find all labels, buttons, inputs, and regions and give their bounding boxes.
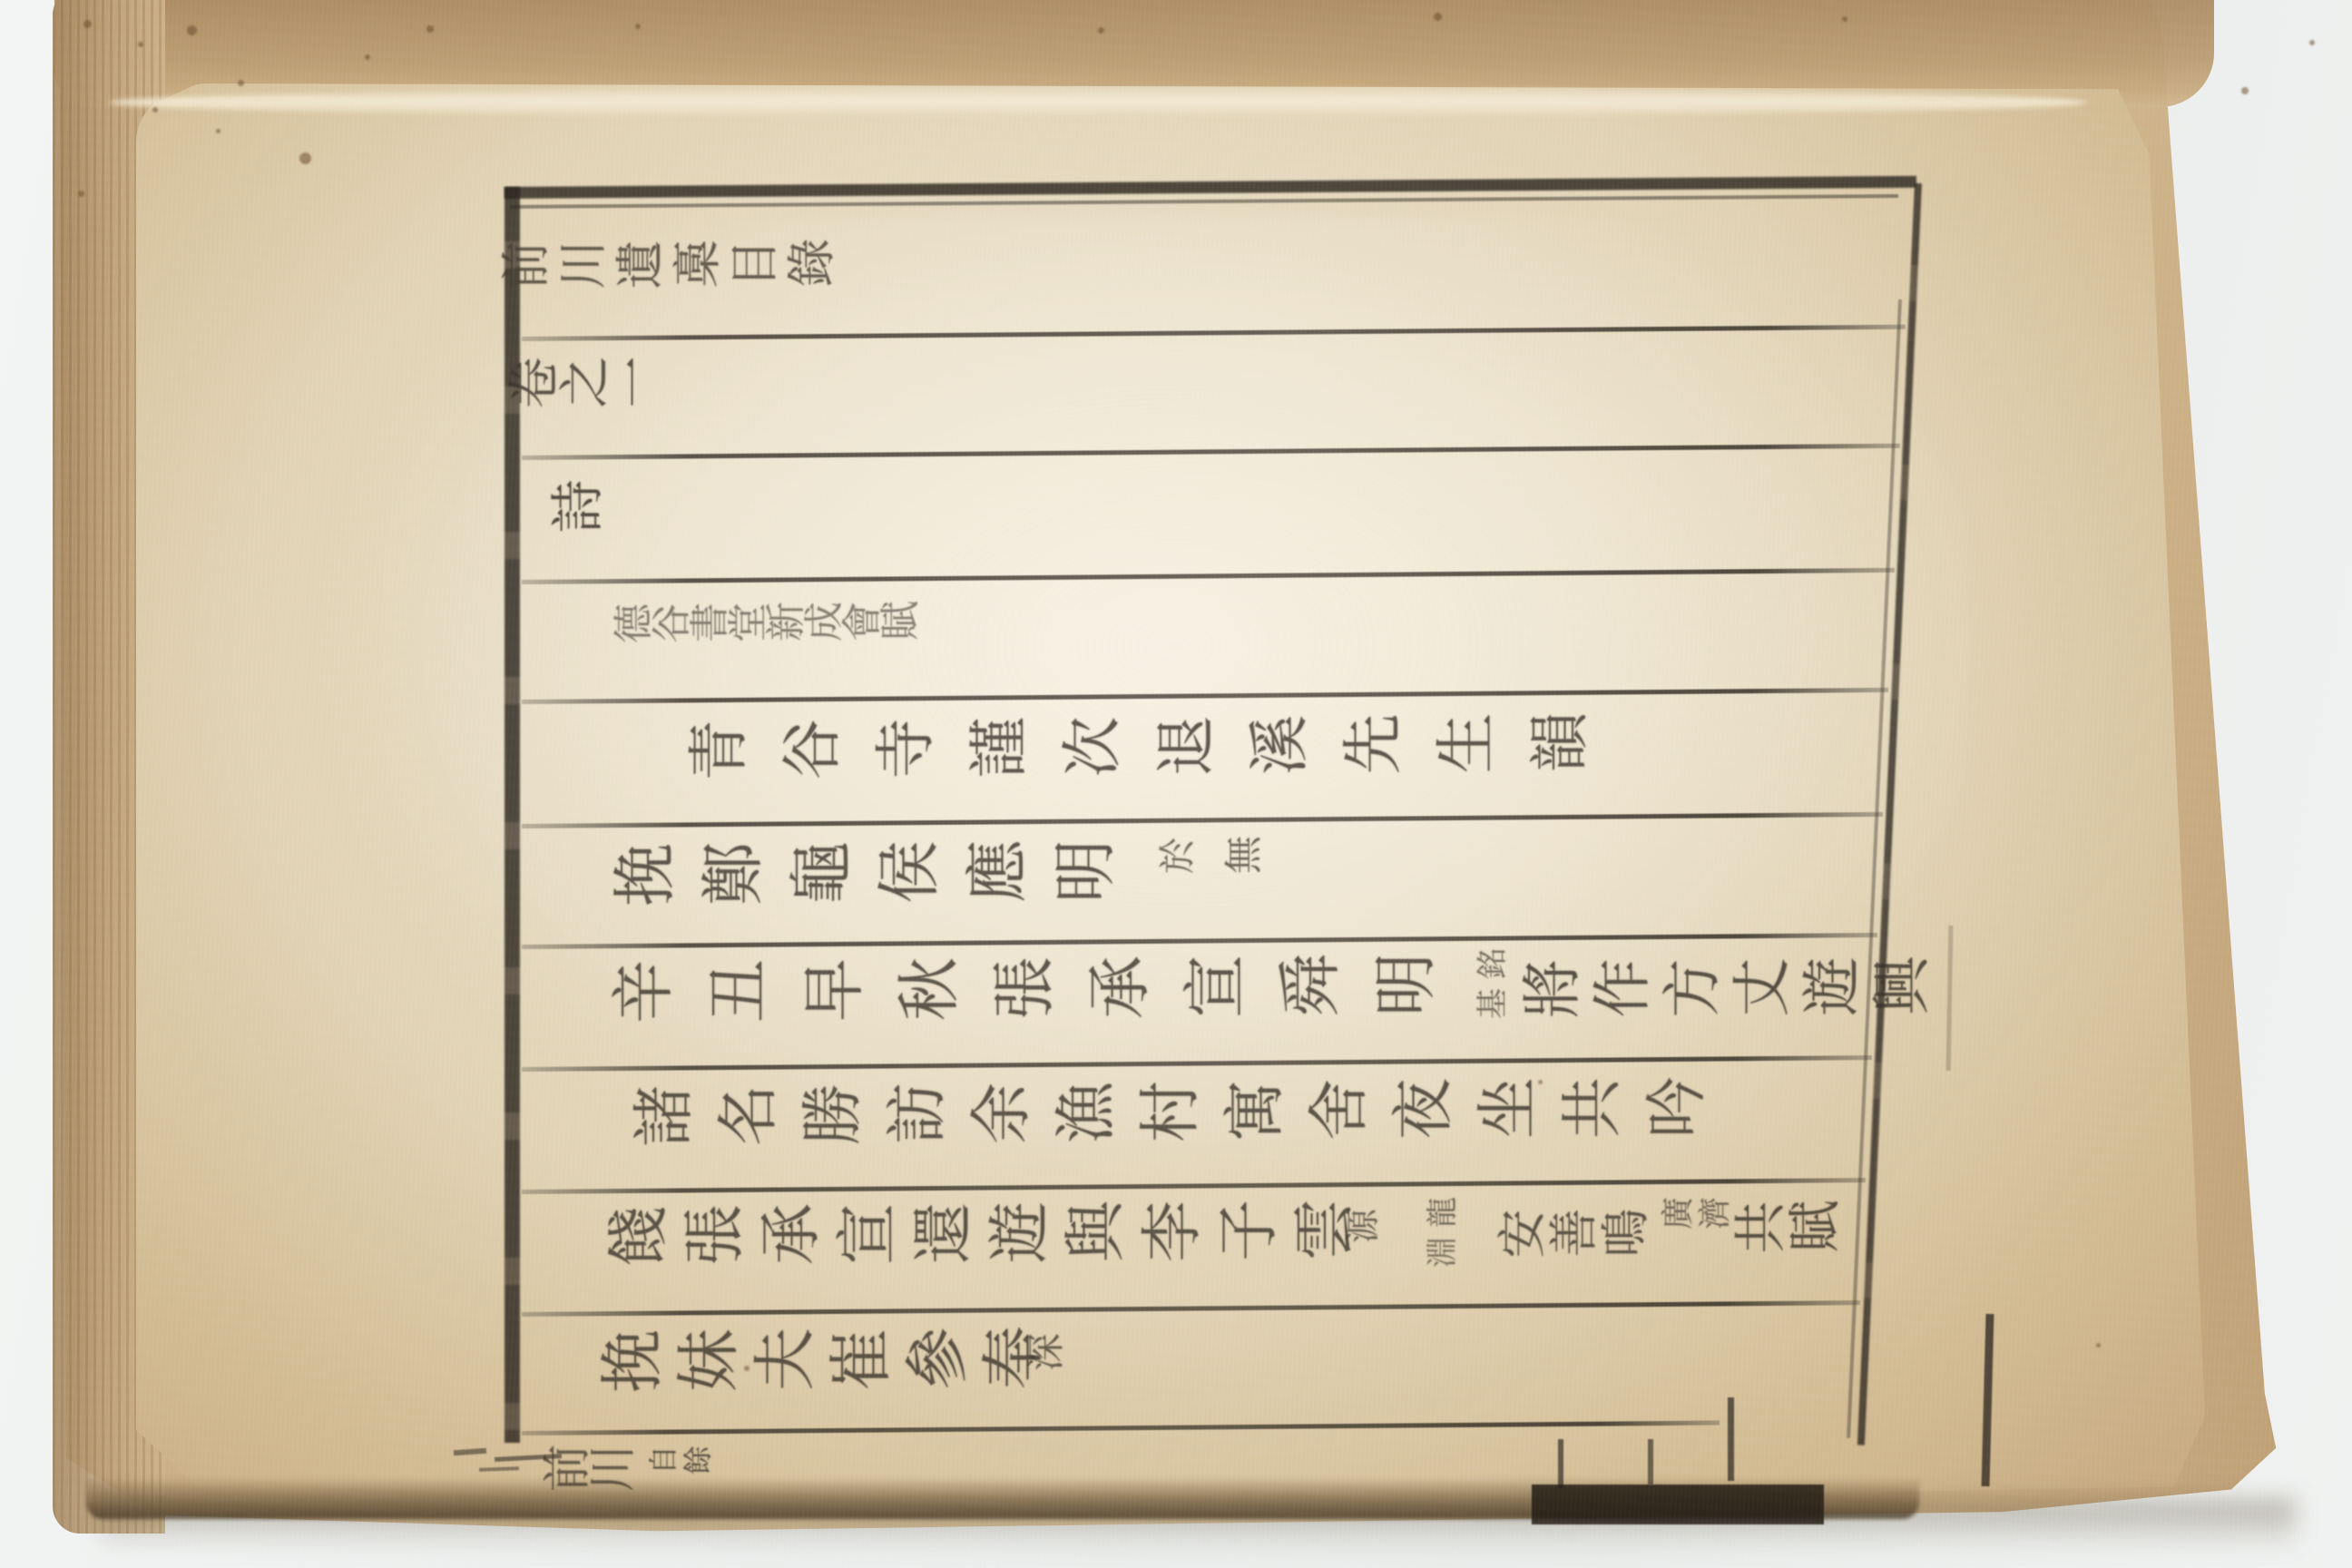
foxing-speckle [1098, 27, 1104, 34]
section-column-glyph: 詩 [550, 478, 606, 534]
volume-column-glyph: 卷 [508, 356, 563, 410]
entry-row-3-glyph: 侯 [877, 838, 945, 906]
entry-row-4-glyph: 承 [1088, 954, 1155, 1021]
foxing-speckle [299, 152, 311, 164]
entry-row-2-glyph: 青 [688, 719, 751, 782]
ink-mark [479, 1466, 519, 1472]
foxing-speckle [152, 107, 158, 113]
entry-row-7-glyph: 崔 [829, 1326, 897, 1393]
row-separator-line [522, 933, 1877, 949]
entry-row-6-glyph: 宣 [835, 1201, 900, 1267]
entry-row-7-glyph: 夫 [753, 1326, 820, 1393]
entry-row-4-glyph: 銘 [1477, 947, 1510, 980]
entry-row-7-glyph: 參 [906, 1325, 973, 1392]
entry-row-2-glyph: 生 [1436, 711, 1499, 775]
title-column-glyph: 目 [730, 238, 781, 289]
row-separator-line [522, 444, 1900, 460]
entry-row-7-glyph: 妹 [677, 1327, 744, 1394]
title-column-glyph: 錄 [787, 237, 838, 289]
title-column-glyph: 川 [558, 239, 610, 290]
foxing-speckle [1434, 13, 1442, 21]
entry-row-4-glyph: 丑 [707, 957, 774, 1024]
ink-mark [1532, 1485, 1824, 1524]
row-separator-line [522, 325, 1906, 341]
foxing-speckle [365, 54, 370, 60]
entry-row-4-glyph: 基 [1477, 987, 1510, 1020]
entry-row-2-glyph: 先 [1342, 712, 1406, 776]
entry-row-4-glyph: 秋 [897, 955, 965, 1023]
foxing-speckle [2241, 87, 2249, 94]
row-separator-line [522, 568, 1895, 584]
entry-row-4-glyph: 興 [1872, 955, 1934, 1016]
entry-row-2-glyph: 谷 [781, 718, 845, 781]
entry-row-6-glyph: 濟 [1698, 1196, 1732, 1230]
entry-row-6-glyph: 還 [911, 1200, 976, 1266]
book-photo: { "photo": { "description_colors": { "ba… [0, 0, 2352, 1568]
print-layer: 前川遺槀目錄卷之一詩德谷書堂新成會賦青谷寺謹次退溪先生韻挽鄭龜侯應明於無辛丑早秋… [0, 0, 2352, 1568]
entry-row-3-glyph: 於 [1159, 837, 1197, 875]
ink-mark [1982, 1314, 1994, 1486]
entry-row-5-glyph: 余 [969, 1081, 1034, 1146]
entry-row-2-glyph: 韻 [1529, 710, 1592, 774]
entry-row-2-glyph: 謹 [968, 716, 1032, 779]
entry-row-4-glyph: 宣 [1183, 953, 1250, 1020]
entry-row-4-glyph: 作 [1592, 957, 1654, 1019]
volume-column-glyph: 一 [610, 355, 664, 409]
foxing-speckle [635, 24, 641, 29]
entry-row-5-glyph: 寓 [1222, 1078, 1288, 1143]
entry-row-4-glyph: 明 [1374, 951, 1441, 1018]
ink-mark [1728, 1397, 1734, 1481]
title-column-glyph: 槀 [672, 238, 724, 289]
row-separator-line [522, 1300, 1860, 1317]
entry-row-6-glyph: 鳴 [1601, 1207, 1652, 1259]
partial-bottom-column-glyph: 前 [543, 1443, 593, 1490]
entry-row-6-glyph: 善 [1549, 1207, 1601, 1259]
entry-row-6-glyph: 龍 [1427, 1196, 1460, 1229]
entry-row-4-glyph: 將 [1523, 958, 1584, 1020]
entry-row-2-glyph: 寺 [875, 717, 938, 780]
foxing-speckle [744, 1366, 750, 1371]
entry-row-5-glyph: 漁 [1053, 1080, 1119, 1145]
entry-row-6-glyph: 淵 [1427, 1236, 1460, 1269]
entry-row-7-glyph: 挽 [601, 1328, 668, 1395]
foxing-speckle [2309, 40, 2315, 45]
row-separator-line [522, 1055, 1872, 1072]
entry-row-6-glyph: 與 [1063, 1199, 1129, 1264]
entry-row-6-glyph: 承 [759, 1201, 824, 1267]
entry-row-3-glyph: 明 [1053, 838, 1121, 905]
entry-row-5-glyph: 名 [716, 1083, 781, 1148]
volume-column-glyph: 之 [559, 355, 613, 409]
partial-bottom-column: 自餘 [648, 1441, 739, 1488]
entry-row-4-glyph: 丈 [1732, 956, 1794, 1018]
entry-row-5-glyph: 勝 [800, 1082, 866, 1147]
entry-row-5-glyph: 舍 [1307, 1077, 1372, 1142]
entry-row-2-glyph: 退 [1155, 714, 1219, 778]
entry-row-1-glyph: 賦 [880, 600, 922, 642]
partial-bottom-column-glyph: 川 [588, 1443, 639, 1490]
entry-row-4-glyph: 方 [1662, 957, 1724, 1019]
entry-row-6-glyph: 李 [1140, 1199, 1205, 1264]
foxing-speckle [1842, 16, 1847, 22]
ink-mark [454, 1448, 486, 1455]
partial-bottom-column-glyph: 餘 [682, 1445, 713, 1475]
foxing-speckle [78, 191, 84, 197]
foxing-speckle [138, 42, 143, 47]
entry-row-6-glyph: 廣 [1661, 1196, 1695, 1230]
title-column-glyph: 前 [501, 240, 553, 291]
entry-row-3-glyph: 應 [965, 838, 1033, 905]
entry-row-6-glyph: 源 [1346, 1208, 1382, 1244]
foxing-speckle [216, 129, 220, 133]
entry-row-6-glyph: 子 [1216, 1198, 1281, 1263]
entry-row-6-glyph: 張 [682, 1202, 748, 1268]
foxing-speckle [238, 80, 244, 86]
row-separator-line [522, 688, 1888, 704]
row-separator-line [522, 1420, 1720, 1436]
entry-row-6-glyph: 餞 [606, 1203, 671, 1269]
entry-row-3-glyph: 龜 [789, 839, 857, 906]
entry-row-3-glyph: 無 [1225, 835, 1265, 875]
ink-mark [1558, 1439, 1563, 1488]
entry-row-6-glyph: 安 [1497, 1208, 1549, 1259]
entry-row-5-glyph: 訪 [885, 1081, 950, 1146]
entry-row-5-glyph: 村 [1138, 1079, 1203, 1144]
foxing-speckle [2096, 1343, 2101, 1347]
entry-row-4-glyph: 早 [802, 956, 869, 1024]
entry-row-3-glyph: 鄭 [701, 840, 769, 907]
entry-row-6-glyph: 賦 [1788, 1199, 1843, 1254]
entry-row-2-glyph: 溪 [1249, 713, 1312, 777]
entry-row-5-glyph: 吟 [1644, 1074, 1710, 1140]
entry-row-4-glyph: 辛 [612, 958, 679, 1025]
title-column-glyph: 遺 [615, 239, 667, 290]
entry-row-5-glyph: 諸 [632, 1083, 697, 1149]
entry-row-7-glyph: 深 [1027, 1332, 1067, 1372]
partial-bottom-column: 前川 [543, 1439, 655, 1490]
row-separator-line [522, 812, 1883, 828]
entry-row-6-glyph: 共 [1733, 1200, 1788, 1255]
entry-row-6-glyph: 遊 [987, 1200, 1053, 1265]
photo-stage: 前川遺槀目錄卷之一詩德谷書堂新成會賦青谷寺謹次退溪先生韻挽鄭龜侯應明於無辛丑早秋… [0, 0, 2352, 1568]
entry-row-5-glyph: 坐 [1475, 1075, 1541, 1141]
row-separator-line [522, 1178, 1866, 1194]
foxing-speckle [426, 25, 434, 33]
foxing-speckle [187, 25, 197, 35]
entry-row-4-glyph: 張 [993, 955, 1060, 1022]
entry-row-2-glyph: 次 [1062, 715, 1125, 779]
ink-mark [1946, 926, 1954, 1071]
foxing-speckle [1538, 1080, 1543, 1084]
partial-bottom-column-glyph: 自 [648, 1445, 679, 1475]
entry-row-5-glyph: 共 [1560, 1075, 1625, 1141]
ink-mark [1648, 1439, 1653, 1485]
entry-row-4-glyph: 遊 [1802, 955, 1864, 1017]
entry-row-5-glyph: 夜 [1391, 1076, 1456, 1142]
entry-row-3-glyph: 挽 [613, 841, 681, 908]
entry-row-4-glyph: 舜 [1279, 952, 1346, 1019]
foxing-speckle [83, 20, 92, 28]
